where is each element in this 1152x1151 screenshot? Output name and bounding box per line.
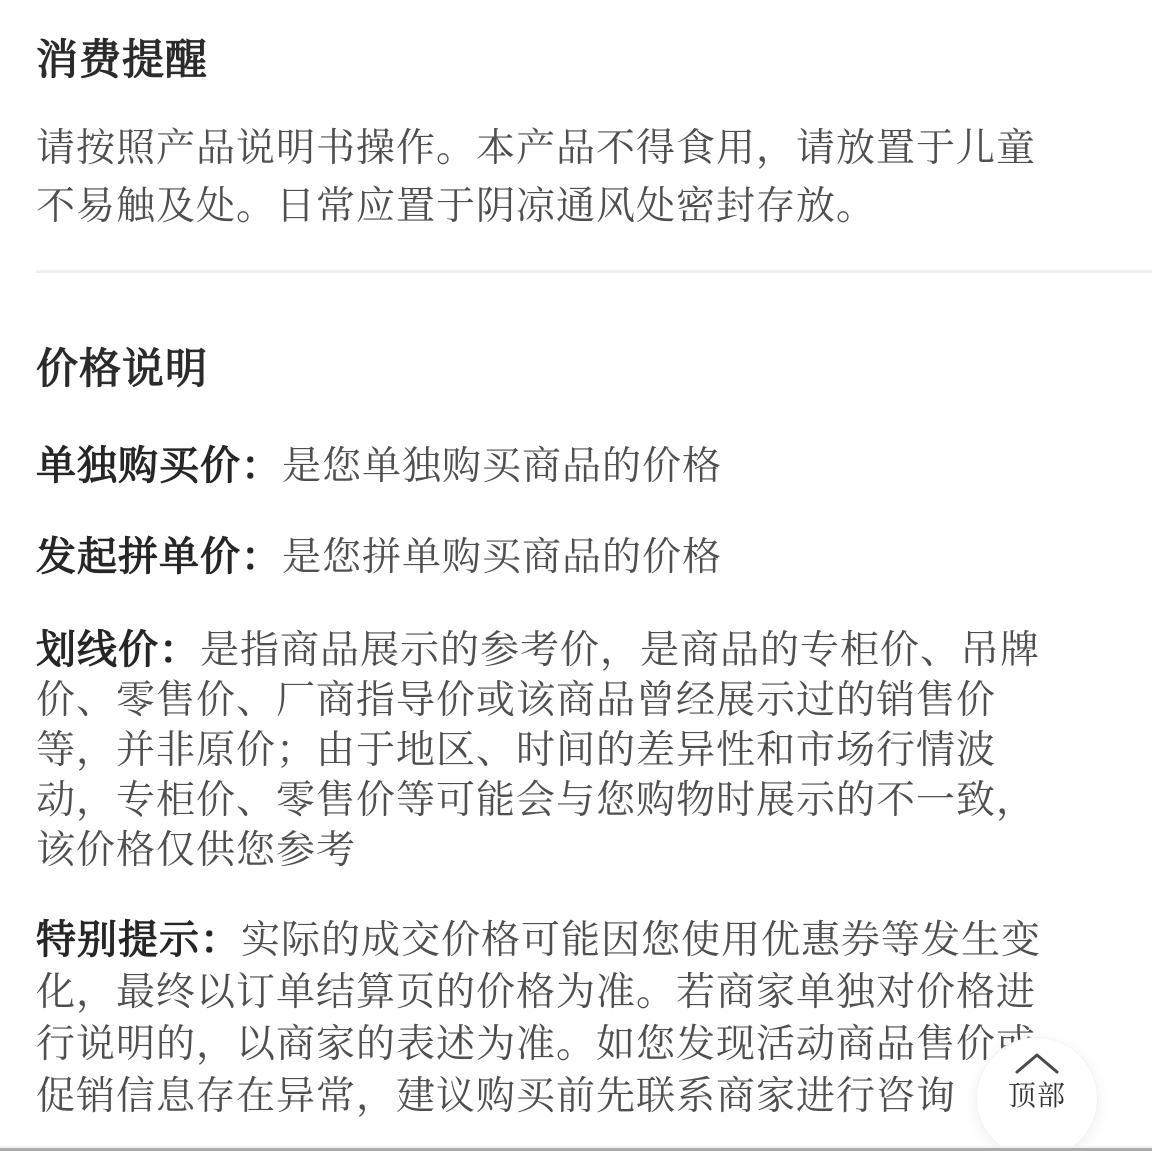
section-divider: [36, 270, 1152, 273]
back-to-top-label: 顶部: [1008, 1080, 1066, 1112]
product-notice-page: 消费提醒 请按照产品说明书操作。本产品不得食用，请放置于儿童 不易触及处。日常应…: [0, 36, 1152, 1123]
consumer-reminder-section: 消费提醒 请按照产品说明书操作。本产品不得食用，请放置于儿童 不易触及处。日常应…: [36, 36, 1116, 236]
price-item-solo-buy: 单独购买价：是您单独购买商品的价格: [36, 441, 1116, 492]
price-item-label: 单独购买价：: [36, 444, 282, 488]
consumer-reminder-text: 请按照产品说明书操作。本产品不得食用，请放置于儿童 不易触及处。日常应置于阴凉通…: [36, 120, 1116, 236]
price-item-text: 是您拼单购买商品的价格: [282, 536, 722, 579]
price-item-strikethrough-price: 划线价：是指商品展示的参考价，是商品的专柜价、吊牌 价、零售价、厂商指导价或该商…: [36, 625, 1116, 876]
bottom-divider-bar: [0, 1146, 1152, 1151]
price-explanation-title: 价格说明: [36, 345, 1116, 393]
price-item-label: 特别提示：: [36, 918, 241, 962]
price-item-special-note: 特别提示：实际的成交价格可能因您使用优惠券等发生变 化，最终以订单结算页的价格为…: [36, 914, 1116, 1123]
price-item-text: 是您单独购买商品的价格: [282, 445, 722, 488]
price-item-label: 划线价：: [36, 628, 200, 672]
chevron-up-icon: [1014, 1051, 1060, 1075]
price-item-group-buy: 发起拼单价：是您拼单购买商品的价格: [36, 532, 1116, 583]
consumer-reminder-title: 消费提醒: [36, 36, 1116, 84]
price-item-label: 发起拼单价：: [36, 535, 282, 579]
back-to-top-button[interactable]: 顶部: [977, 1038, 1097, 1151]
price-explanation-section: 价格说明 单独购买价：是您单独购买商品的价格 发起拼单价：是您拼单购买商品的价格…: [36, 345, 1116, 1123]
